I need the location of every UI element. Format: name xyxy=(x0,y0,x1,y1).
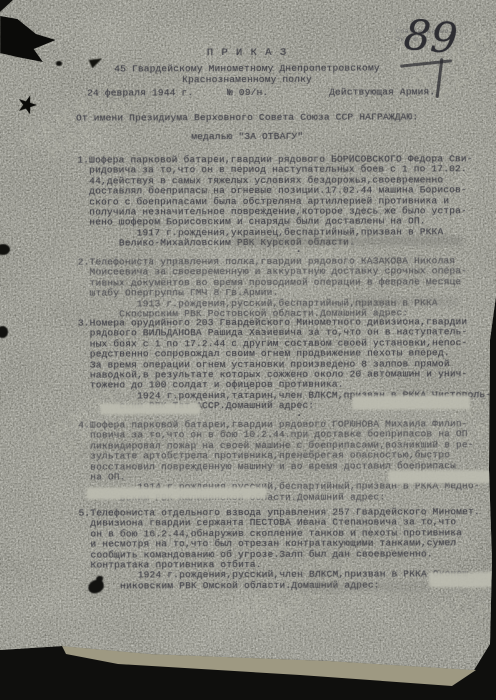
separator-dot: . xyxy=(296,245,302,256)
ink-dot xyxy=(56,61,62,66)
redacted-area xyxy=(352,395,470,409)
order-date: 24 февраля 1944 г. xyxy=(87,87,193,98)
order-number: № 09/н. xyxy=(227,87,268,98)
smudged-text-area xyxy=(352,297,460,306)
order-preamble: От имени Президиума Верховного Совета Со… xyxy=(0,111,495,124)
order-subtitle-line2: Краснознаменному полку xyxy=(0,73,496,86)
smudged-text-area xyxy=(301,582,431,591)
paper-sheet: ПАМЯТЬ НАРОДА ПАМЯТЬ НАРОДА ПАМЯТЬ НАРОД… xyxy=(0,0,496,700)
redacted-area xyxy=(100,403,200,414)
smudged-text-area xyxy=(232,236,464,246)
page-number-handwritten: 89 xyxy=(402,10,460,63)
order-item-5: 5.Телефониста отдельного взвода управлен… xyxy=(79,507,481,592)
redacted-area xyxy=(86,487,266,500)
order-item-1: 1.Шофера парковой батареи,гвардии рядово… xyxy=(77,154,473,249)
order-item-2: 2.Телефониста управления полка,гвардии р… xyxy=(78,256,468,320)
award-line: медалью "ЗА ОТВАГУ" xyxy=(0,130,496,143)
typed-text-layer: П Р И К А З 45 Гвардейскому Минометному … xyxy=(0,0,496,700)
redacted-area xyxy=(388,470,490,483)
order-location: Действующая Армия. xyxy=(329,86,435,97)
separator-dot: . xyxy=(296,409,302,420)
document-photo: ПАМЯТЬ НАРОДА ПАМЯТЬ НАРОДА ПАМЯТЬ НАРОД… xyxy=(0,0,496,700)
redacted-area xyxy=(429,572,495,587)
